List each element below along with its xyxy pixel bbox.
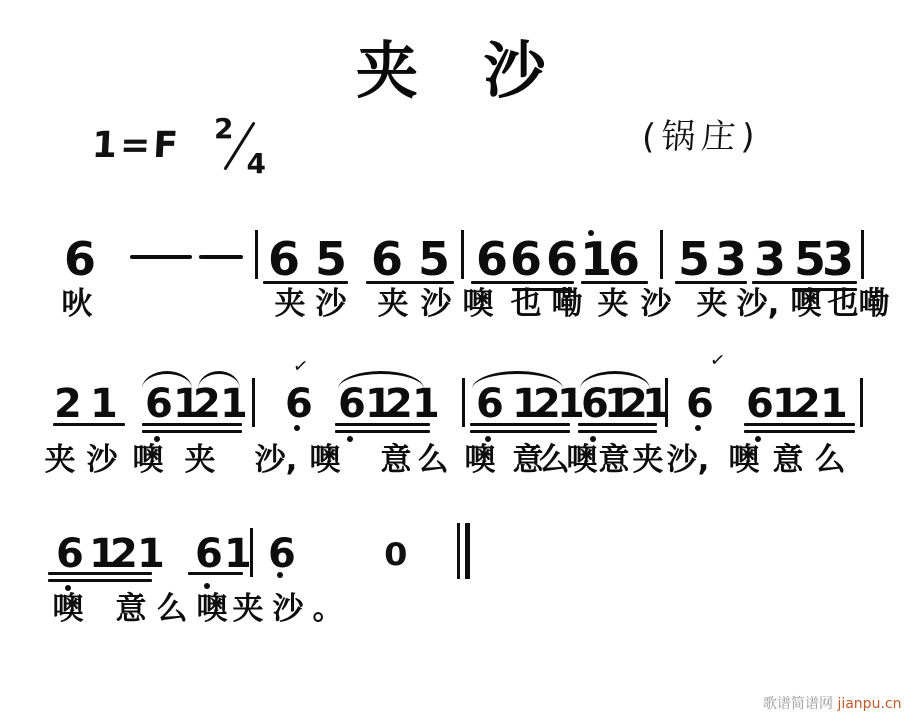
lyric-syllable: 沙, <box>737 287 780 321</box>
beam-underline <box>744 423 855 426</box>
lyric-syllable: 也 <box>828 287 859 321</box>
breath-mark: ✓ <box>292 357 309 377</box>
octave-dot-below <box>277 572 283 578</box>
barline <box>660 230 663 279</box>
beam-underline <box>188 572 243 575</box>
note-digit: 6 <box>476 236 508 282</box>
slur-arc <box>580 371 650 389</box>
octave-dot-below <box>695 425 701 431</box>
lyric-syllable: 噢 <box>133 443 164 477</box>
lyric-syllable: 噢 <box>567 443 598 477</box>
time-signature: 2 4 <box>212 116 270 178</box>
key-signature: 1=F <box>91 128 182 164</box>
note-digit: 6 <box>546 236 578 282</box>
barline <box>255 230 258 279</box>
note-digit: 3 <box>822 236 854 282</box>
beam-underline <box>470 423 570 426</box>
lyric-syllable: 意 <box>381 443 412 477</box>
duration-dash <box>199 255 243 259</box>
lyric-syllable: 噢 <box>465 443 496 477</box>
time-signature-denominator: 4 <box>247 147 266 180</box>
lyric-syllable: 么 <box>418 443 449 477</box>
lyric-syllable: 沙, <box>667 443 710 477</box>
note-digit: 6 <box>746 384 774 424</box>
note-digit: 3 <box>754 236 786 282</box>
lyric-syllable: 夹 <box>233 592 264 626</box>
note-digit: 1 <box>137 534 165 574</box>
note-digit: 6 <box>268 236 300 282</box>
note-digit: 1 <box>90 384 118 424</box>
lyric-syllable: 沙, <box>255 443 298 477</box>
lyric-syllable: 沙 <box>641 287 672 321</box>
note-digit: 6 <box>195 534 223 574</box>
beam-underline <box>471 281 574 284</box>
page-title: 夹 沙 <box>356 40 568 102</box>
breath-mark: ✓ <box>709 351 726 371</box>
genre-annotation: (锅庄) <box>641 120 762 154</box>
note-digit: 1 <box>220 384 248 424</box>
slur-arc <box>338 371 424 389</box>
beam-underline <box>675 281 747 284</box>
beam-underline <box>335 430 430 433</box>
lyric-syllable: 夹 <box>185 443 216 477</box>
lyric-syllable: 意 <box>599 443 630 477</box>
lyric-syllable: 么 <box>815 443 846 477</box>
note-digit: 6 <box>476 384 504 424</box>
octave-dot-below <box>347 436 353 442</box>
lyric-syllable: 也 <box>511 287 542 321</box>
final-double-barline <box>457 523 471 579</box>
rest-zero: 0 <box>384 540 407 571</box>
note-digit: 1 <box>412 384 440 424</box>
final-bar-thick-line <box>465 523 470 579</box>
time-signature-numerator: 2 <box>214 112 233 145</box>
lyric-syllable: 噢 <box>53 592 84 626</box>
lyric-syllable: 意 <box>773 443 804 477</box>
lyric-syllable: 噢 <box>197 592 228 626</box>
slur-arc <box>472 371 563 389</box>
note-digit: 2 <box>193 384 221 424</box>
watermark-site-name: 歌谱简谱网 <box>763 696 833 712</box>
beam-underline <box>263 281 348 284</box>
beam-underline <box>752 281 857 284</box>
lyric-syllable: 噢 <box>310 443 341 477</box>
watermark: 歌谱简谱网 jianpu.cn <box>763 697 901 711</box>
note-digit: 6 <box>64 236 96 282</box>
note-digit: 6 <box>608 236 640 282</box>
beam-underline <box>744 430 855 433</box>
octave-dot-below <box>204 583 210 589</box>
barline <box>861 230 864 279</box>
beam-underline <box>142 423 242 426</box>
note-digit: 6 <box>510 236 542 282</box>
lyric-syllable: 夹 <box>697 287 728 321</box>
note-digit: 6 <box>338 384 366 424</box>
note-digit: 2 <box>110 534 138 574</box>
lyric-syllable: 噢 <box>729 443 760 477</box>
note-digit: 2 <box>793 384 821 424</box>
lyric-syllable: 夹 <box>598 287 629 321</box>
note-digit: 6 <box>145 384 173 424</box>
lyric-syllable: 沙 <box>273 592 304 626</box>
note-digit: 2 <box>54 384 82 424</box>
note-digit: 5 <box>678 236 710 282</box>
lyric-syllable: 沙 <box>87 443 118 477</box>
note-digit: 1 <box>820 384 848 424</box>
note-digit: 1 <box>224 534 252 574</box>
lyric-syllable: 嘞 <box>552 287 583 321</box>
barline <box>462 378 465 427</box>
watermark-site-url-link[interactable]: jianpu.cn <box>837 696 901 712</box>
beam-underline <box>578 430 657 433</box>
beam-underline <box>578 423 657 426</box>
lyric-syllable: 。 <box>313 592 344 626</box>
beam-underline <box>48 579 152 582</box>
beam-underline <box>470 430 570 433</box>
lyric-syllable: 噢 <box>791 287 822 321</box>
note-digit: 6 <box>285 384 313 424</box>
lyric-syllable: 夹 <box>633 443 664 477</box>
lyric-syllable: 吙 <box>62 287 93 321</box>
duration-dash <box>130 255 192 259</box>
lyric-syllable: 夹 <box>378 287 409 321</box>
lyric-syllable: 噢 <box>463 287 494 321</box>
beam-underline <box>366 281 454 284</box>
barline <box>252 378 255 427</box>
lyric-syllable: 夹 <box>275 287 306 321</box>
note-digit: 6 <box>371 236 403 282</box>
note-digit: 6 <box>686 384 714 424</box>
lyric-syllable: 沙 <box>316 287 347 321</box>
sheet-music-page: 夹 沙 1=F 2 4 (锅庄) 665656661653353吙夹沙夹沙噢也嘞… <box>0 0 913 725</box>
slur-arc <box>142 371 192 389</box>
note-digit: 5 <box>315 236 347 282</box>
final-bar-thin-line <box>457 523 460 579</box>
note-digit: 6 <box>56 534 84 574</box>
slur-arc <box>198 371 240 389</box>
beam-underline <box>142 430 242 433</box>
lyric-syllable: 么 <box>157 592 188 626</box>
note-digit: 5 <box>418 236 450 282</box>
lyric-syllable: 夹 <box>45 443 76 477</box>
beam-underline <box>335 423 430 426</box>
barline <box>860 378 863 427</box>
note-digit: 2 <box>385 384 413 424</box>
note-digit: 6 <box>268 534 296 574</box>
lyric-syllable: 意 <box>116 592 147 626</box>
lyric-syllable: 沙 <box>421 287 452 321</box>
barline <box>665 378 668 427</box>
beam-underline <box>53 423 125 426</box>
octave-dot-below <box>294 425 300 431</box>
beam-underline <box>48 572 152 575</box>
barline <box>250 528 253 577</box>
lyric-syllable: 嘞 <box>859 287 890 321</box>
note-digit: 3 <box>715 236 747 282</box>
beam-underline <box>581 281 648 284</box>
barline <box>461 230 464 279</box>
lyric-syllable: 么 <box>539 443 570 477</box>
